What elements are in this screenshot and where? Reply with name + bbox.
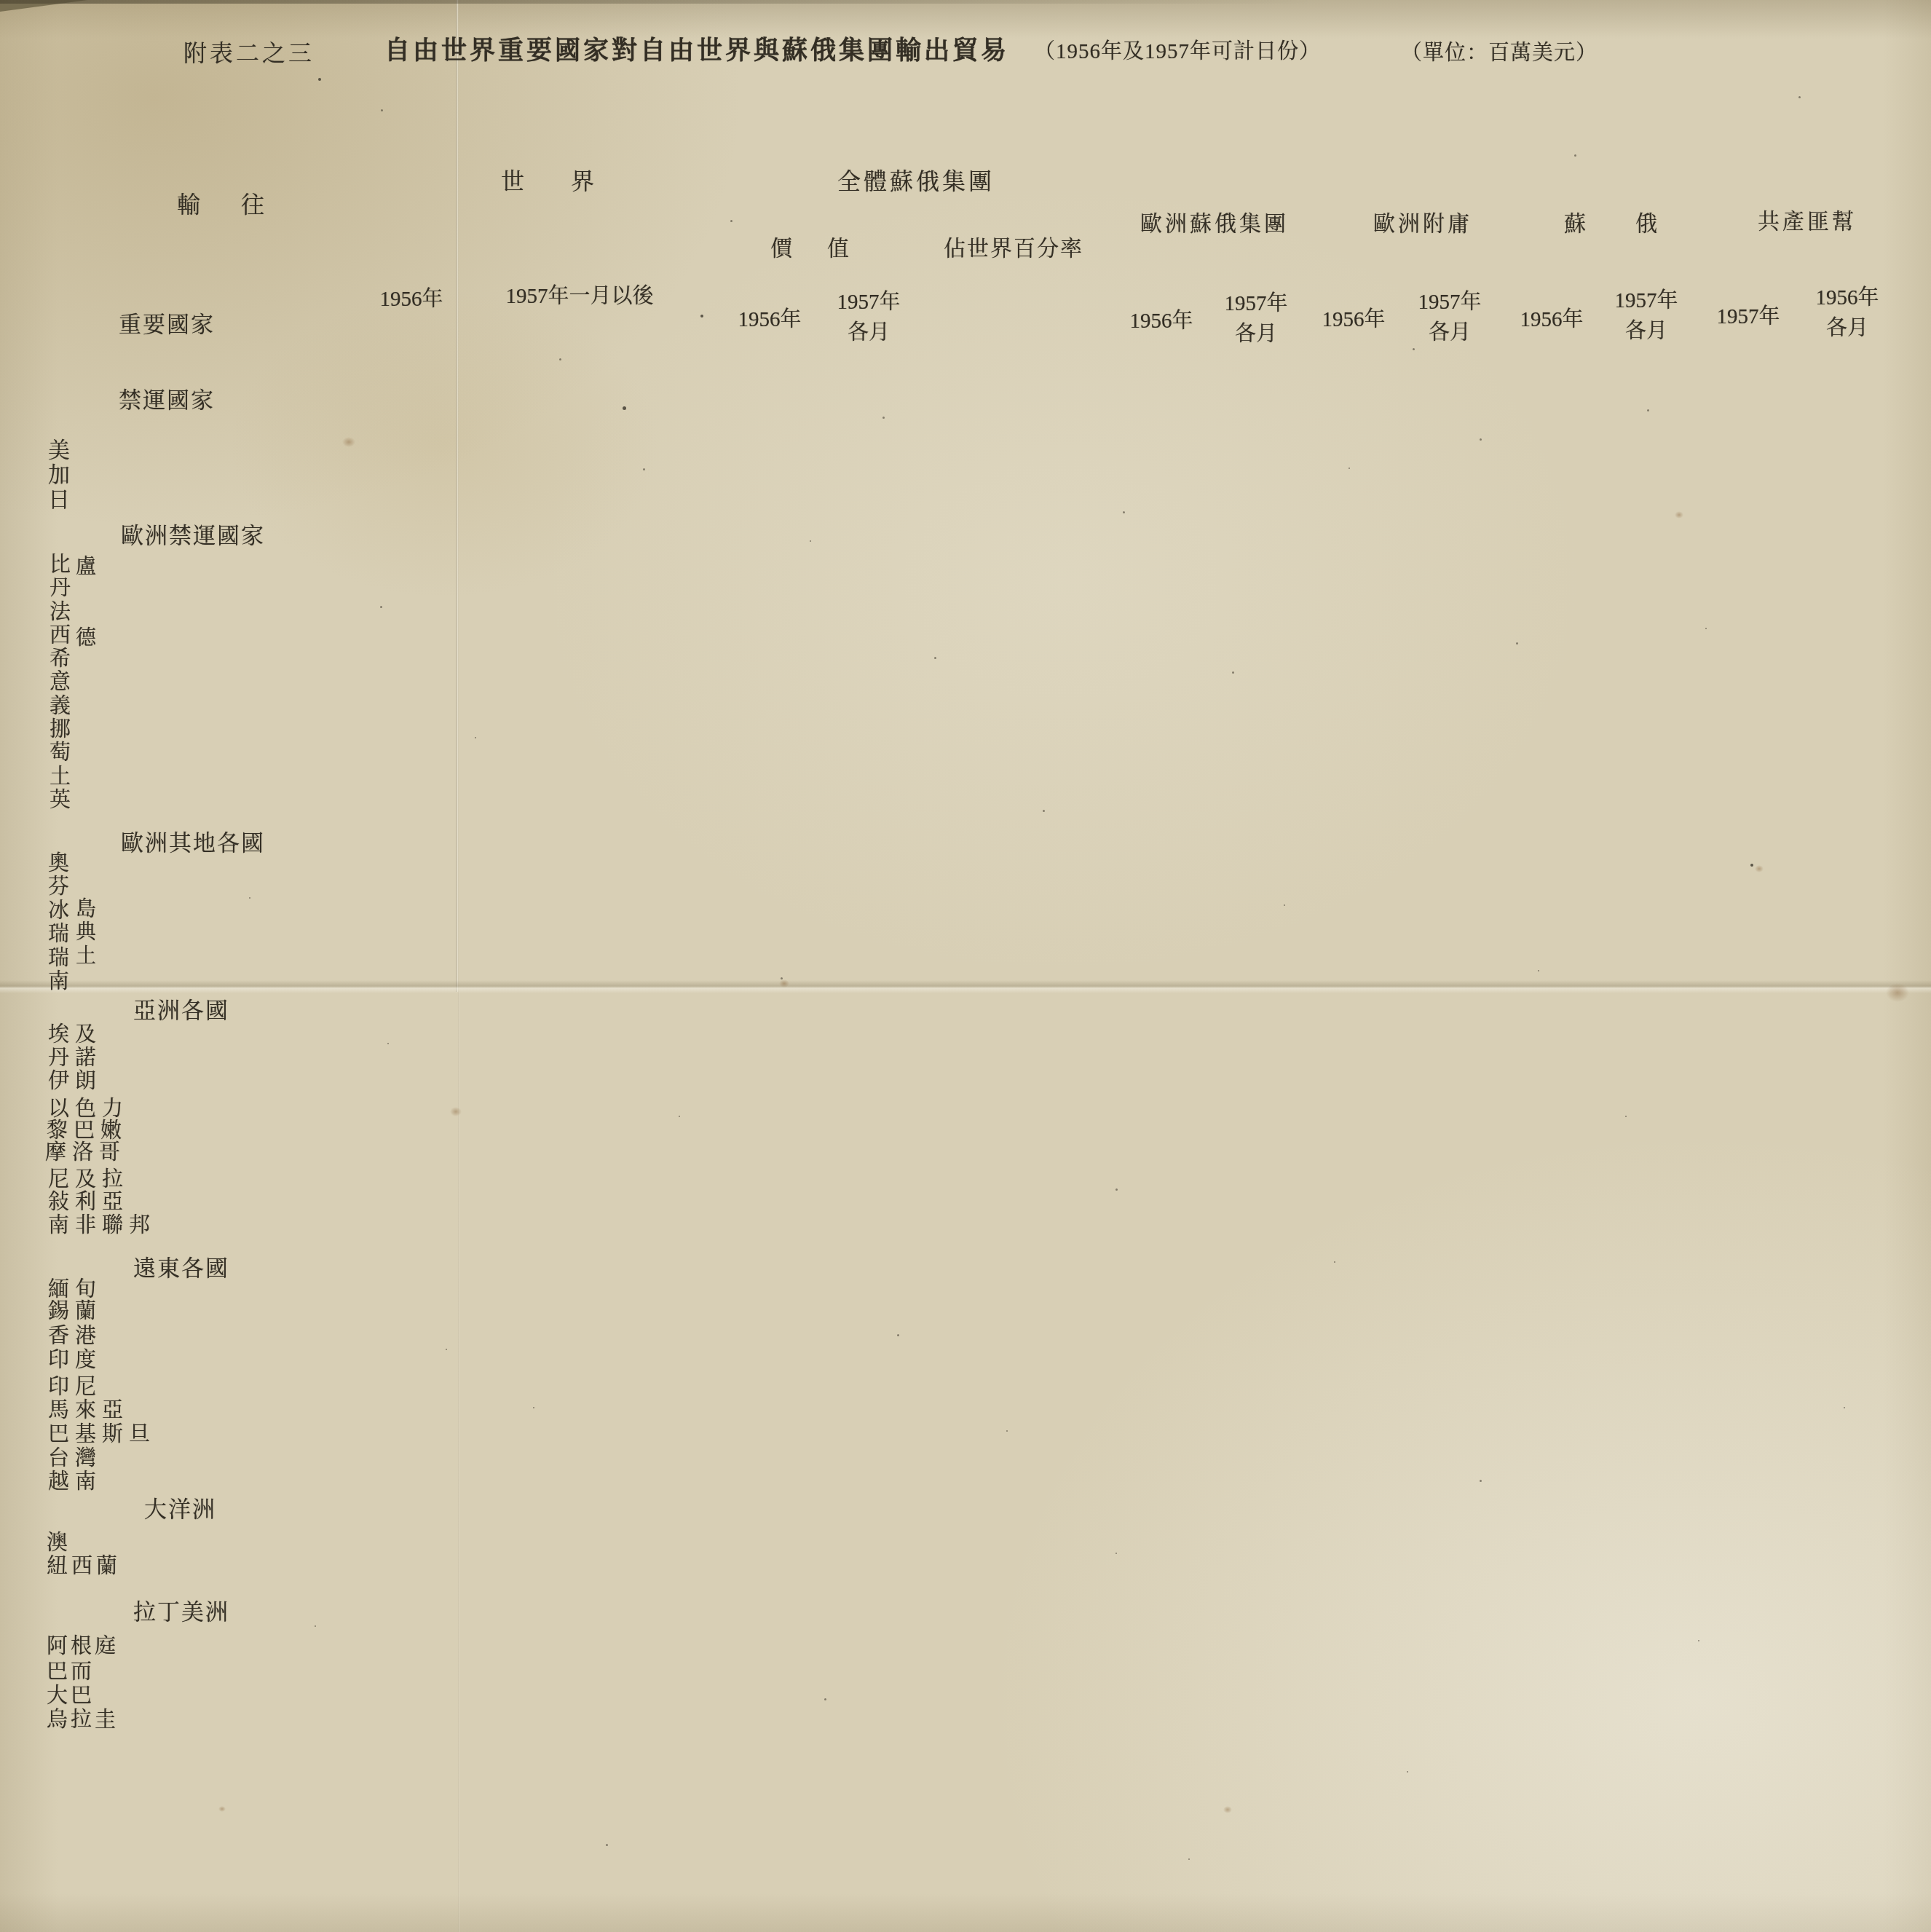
ink-speck: [475, 737, 476, 738]
foxing-stain: [342, 437, 355, 447]
ink-speck: [700, 315, 703, 318]
year-label: 1957年一月以後: [485, 281, 674, 312]
stub-header: 輸往: [177, 186, 305, 220]
ink-speck: [679, 1116, 680, 1117]
row-asia-country: 南非聯邦: [48, 1209, 156, 1239]
ink-speck: [315, 1625, 316, 1627]
row-asia-country: 伊朗: [48, 1065, 102, 1095]
year-label-line2: 各月: [821, 318, 916, 348]
row-label-major-countries: 重要國家: [119, 306, 215, 339]
year-label: 1956年: [1800, 283, 1895, 313]
ink-speck: [970, 249, 972, 251]
year-label: 1957年: [1701, 301, 1796, 332]
ink-speck: [559, 358, 561, 360]
ink-speck: [897, 1334, 899, 1336]
ink-speck: [1480, 1480, 1482, 1482]
year-label: 1956年: [364, 284, 459, 315]
year-label: 1956年: [1306, 304, 1401, 335]
row-label-latin-america: 拉丁美洲: [133, 1593, 229, 1626]
ink-speck: [380, 606, 382, 608]
row-far-east-country: 印度: [48, 1344, 102, 1373]
year-label-line2: 各月: [1402, 318, 1497, 348]
row-label-europe-embargo: 歐洲禁運國家: [121, 517, 265, 550]
scanned-table-page: 附表二之三 自由世界重要國家對自由世界與蘇俄集團輸出貿易 （1956年及1957…: [0, 0, 1931, 1932]
ink-speck: [318, 78, 321, 81]
ink-speck: [1043, 810, 1045, 812]
year-col-russia-1957: 1957年各月: [1599, 285, 1694, 347]
row-list-major-countries: 美 加 日: [48, 438, 70, 513]
ink-speck: [1516, 642, 1518, 644]
ink-speck: [1538, 970, 1539, 971]
ink-speck: [1115, 1188, 1118, 1191]
foxing-stain: [218, 1806, 226, 1812]
ink-speck: [824, 1698, 826, 1700]
ink-speck: [1348, 468, 1350, 469]
year-col-satellite-1956: 1956年: [1306, 304, 1401, 335]
year-label-line2: 各月: [1209, 319, 1303, 350]
ink-speck: [934, 657, 936, 659]
year-col-world-1957: 1957年一月以後: [485, 281, 674, 312]
year-col-communist-1956: 1956年各月: [1800, 283, 1895, 344]
ink-speck: [381, 109, 383, 111]
ink-speck: [1334, 1261, 1335, 1263]
fold-crease-vertical-lower: [458, 992, 460, 1932]
ink-speck: [1480, 438, 1482, 441]
col-header-europe-satellite: 歐洲附庸: [1373, 205, 1472, 237]
year-col-russia-1956: 1956年: [1504, 304, 1599, 335]
ink-speck: [1188, 1858, 1190, 1860]
ink-speck: [1574, 154, 1576, 157]
ink-speck: [882, 417, 885, 419]
year-label: 1957年: [821, 287, 916, 318]
year-label-line2: 各月: [1800, 313, 1895, 344]
year-label: 1957年: [1599, 285, 1694, 316]
year-label: 1956年: [722, 304, 817, 335]
year-col-europe-bloc-1956: 1956年: [1114, 306, 1209, 336]
row-list-europe-embargo-side-lu: 盧: [76, 551, 96, 580]
fold-crease-vertical: [456, 0, 459, 992]
subheader-value: 價值: [770, 230, 884, 262]
row-list-europe-embargo-side-de: 德: [76, 622, 96, 651]
row-list-other-europe-side: 島 典 土: [76, 898, 96, 969]
row-label-other-europe: 歐洲其地各國: [121, 824, 265, 857]
scan-top-edge: [0, 0, 1313, 4]
ink-speck: [1705, 628, 1707, 629]
row-label-asia: 亞洲各國: [133, 992, 229, 1025]
fold-crease-horizontal: [0, 980, 1931, 993]
period-note: （1956年及1957年可計日份）: [1034, 35, 1321, 65]
ink-speck: [1698, 1640, 1699, 1641]
col-header-europe-soviet-bloc: 歐洲蘇俄集團: [1140, 205, 1289, 237]
foxing-stain: [1675, 511, 1683, 519]
year-col-bloc-value-1957: 1957年各月: [821, 287, 916, 348]
ink-speck: [643, 468, 645, 470]
subheader-world-share: 佔世界百分率: [944, 230, 1083, 262]
row-label-oceania: 大洋洲: [144, 1491, 216, 1523]
ink-speck: [533, 1407, 534, 1408]
year-label: 1957年: [1209, 288, 1303, 319]
row-list-europe-embargo: 比 丹 法 西 希 意 義 挪 萄 土 英: [50, 553, 71, 812]
col-header-soviet-russia: 蘇俄: [1564, 205, 1707, 237]
ink-speck: [1798, 96, 1801, 98]
foxing-stain: [450, 1107, 462, 1116]
year-col-bloc-value-1956: 1956年: [722, 304, 817, 335]
ink-speck: [810, 540, 811, 542]
appendix-label: 附表二之三: [183, 35, 315, 68]
ink-speck: [1750, 864, 1753, 867]
ink-speck: [249, 897, 250, 899]
row-list-other-europe: 奧 芬 冰 瑞 瑞 南: [48, 852, 69, 993]
ink-speck: [446, 1349, 447, 1350]
ink-speck: [1413, 348, 1415, 350]
foxing-stain: [1223, 1806, 1232, 1813]
row-asia-country: 摩洛哥: [45, 1136, 126, 1166]
foxing-stain: [1755, 865, 1764, 872]
row-oceania-country: 紐西蘭: [47, 1550, 121, 1580]
year-col-communist-1957: 1957年: [1701, 301, 1796, 332]
row-far-east-country: 越南: [48, 1465, 102, 1495]
ink-speck: [1006, 1430, 1008, 1432]
ink-speck: [623, 406, 626, 410]
year-label: 1957年: [1402, 287, 1497, 318]
ink-speck: [1647, 409, 1649, 411]
ink-speck: [1115, 1553, 1117, 1554]
ink-speck: [730, 220, 732, 222]
page-title: 自由世界重要國家對自由世界與蘇俄集團輸出貿易: [384, 31, 1009, 67]
col-header-total-soviet-bloc: 全體蘇俄集團: [837, 163, 995, 197]
ink-speck: [387, 1043, 389, 1044]
ink-speck: [1123, 511, 1125, 513]
col-header-world: 世界: [501, 163, 641, 197]
year-col-world-1956: 1956年: [364, 284, 459, 315]
year-label: 1956年: [1504, 304, 1599, 335]
ink-speck: [1844, 1407, 1845, 1408]
ink-speck: [1232, 671, 1234, 674]
ink-speck: [1625, 1116, 1627, 1117]
year-col-europe-bloc-1957: 1957年各月: [1209, 288, 1303, 350]
foxing-stain: [1886, 983, 1909, 1002]
col-header-communist-bandits: 共產匪幫: [1758, 203, 1857, 235]
row-label-embargo-countries: 禁運國家: [119, 382, 215, 414]
row-label-far-east: 遠東各國: [133, 1250, 229, 1282]
unit-note: （單位：百萬美元）: [1401, 36, 1598, 66]
ink-speck: [1284, 904, 1285, 906]
ink-speck: [606, 1844, 608, 1846]
ink-speck: [1407, 1771, 1408, 1773]
year-label-line2: 各月: [1599, 316, 1694, 347]
year-col-satellite-1957: 1957年各月: [1402, 287, 1497, 348]
row-latin-america-country: 烏拉圭: [47, 1703, 119, 1733]
year-label: 1956年: [1114, 306, 1209, 336]
